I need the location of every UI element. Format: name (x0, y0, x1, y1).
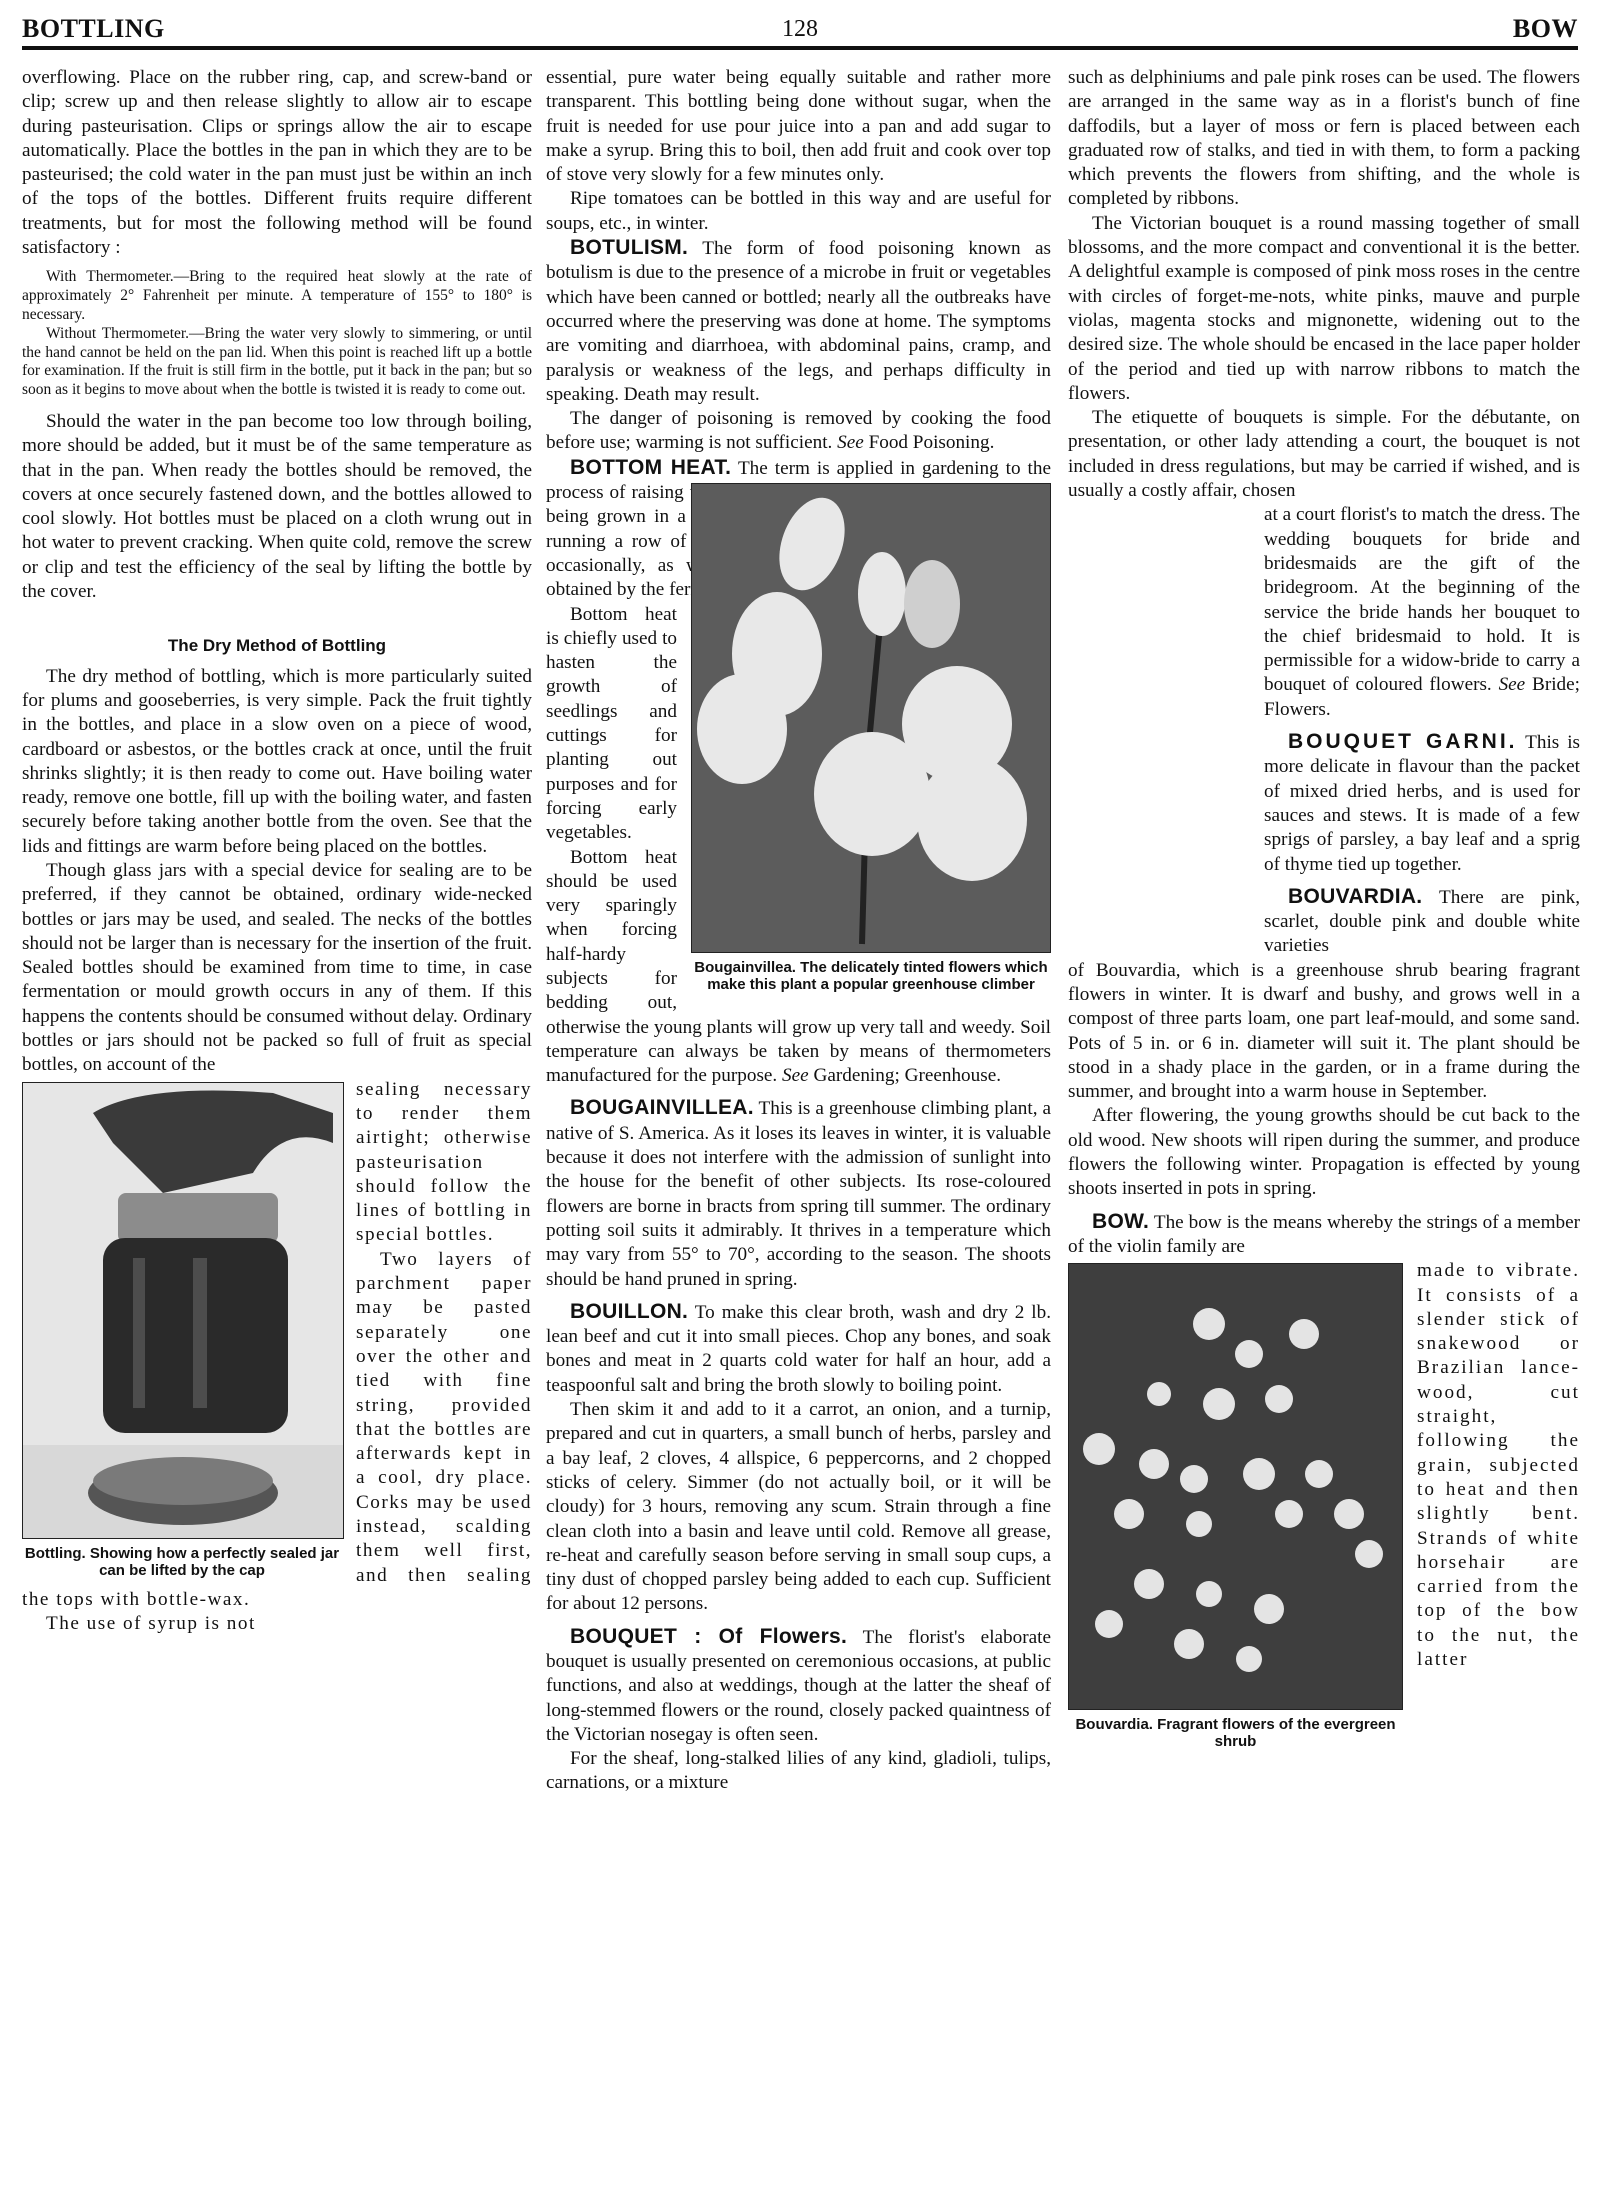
cross-reference[interactable]: Gardening; Greenhouse. (813, 1065, 1001, 1086)
entry-bouquet: BOUQUET : Of Flowers. The florist's elab… (546, 1625, 1051, 1747)
paragraph: The etiquette of bouquets is simple. For… (1068, 406, 1580, 503)
see-reference: See (837, 432, 864, 453)
paragraph: The dry method of bottling, which is mor… (22, 665, 532, 859)
entry-text: The form of food poisoning known as botu… (546, 238, 1051, 405)
bottling-figure: Bottling. Showing how a perfectly sealed… (22, 1082, 342, 1579)
page-header: BOTTLING 128 BOW (22, 6, 1578, 50)
paragraph: such as delphiniums and pale pink roses … (1068, 66, 1580, 212)
figure-caption: Bougainvillea. The delicately tinted flo… (691, 959, 1051, 993)
see-reference: See (782, 1065, 809, 1086)
entry-heading: BOUILLON. (570, 1300, 688, 1323)
flower-illustration-icon (692, 484, 1050, 952)
entry-botulism: BOTULISM. The form of food poisoning kno… (546, 236, 1051, 407)
thermometer-notes: With Thermometer.—Bring to the required … (22, 268, 532, 400)
bouvardia-figure: Bouvardia. Fragrant flowers of the everg… (1068, 1263, 1403, 1750)
cross-reference[interactable]: Food Poisoning. (869, 432, 995, 453)
wrapped-text-block: at a court florist's to match the dress.… (1264, 503, 1580, 958)
paragraph: Then skim it and add to it a carrot, an … (546, 1398, 1051, 1617)
entry-bow: BOW. The bow is the means whereby the st… (1068, 1210, 1580, 1260)
paragraph: After flowering, the young growths shoul… (1068, 1104, 1580, 1201)
entry-heading: BOW. (1092, 1210, 1149, 1233)
jar-illustration-icon (23, 1083, 343, 1538)
paragraph: at a court florist's to match the dress.… (1264, 503, 1580, 722)
entry-heading: BOUQUET : Of Flowers. (570, 1625, 847, 1648)
left-guide-word: BOTTLING (22, 14, 165, 44)
figure-caption: Bottling. Showing how a perfectly sealed… (22, 1545, 342, 1579)
see-reference: See (1499, 674, 1526, 695)
figure-caption: Bouvardia. Fragrant flowers of the everg… (1068, 1716, 1403, 1750)
paragraph: of Bouvardia, which is a greenhouse shru… (1068, 959, 1580, 1105)
entry-bougainvillea: BOUGAINVILLEA. This is a greenhouse clim… (546, 1096, 1051, 1291)
entry-text: at a court florist's to match the dress.… (1264, 504, 1580, 695)
entry-bouvardia: BOUVARDIA. There are pink, scarlet, doub… (1264, 885, 1580, 959)
entry-text: This is a greenhouse climbing plant, a n… (546, 1098, 1051, 1289)
entry-heading: BOTULISM. (570, 236, 688, 259)
flower-cluster-illustration-icon (1069, 1264, 1402, 1709)
entry-heading: BOUVARDIA. (1288, 885, 1422, 908)
bougainvillea-photo (691, 483, 1051, 953)
column-1: overflowing. Place on the rubber ring, c… (22, 66, 532, 1637)
entry-heading: BOUGAINVILLEA. (570, 1096, 754, 1119)
bottling-jar-photo (22, 1082, 344, 1539)
page-number: 128 (782, 16, 818, 43)
section-subheading: The Dry Method of Bottling (22, 634, 532, 658)
right-guide-word: BOW (1513, 14, 1578, 44)
paragraph: Should the water in the pan become too l… (22, 410, 532, 604)
paragraph: overflowing. Place on the rubber ring, c… (22, 66, 532, 260)
entry-heading: BOTTOM HEAT. (570, 456, 731, 479)
paragraph: Ripe tomatoes can be bottled in this way… (546, 187, 1051, 236)
paragraph: Though glass jars with a special device … (22, 859, 532, 1078)
without-thermometer-note: Without Thermometer.—Bring the water ver… (22, 325, 532, 400)
bouvardia-photo (1068, 1263, 1403, 1710)
bougainvillea-figure: Bougainvillea. The delicately tinted flo… (691, 483, 1051, 993)
with-thermometer-note: With Thermometer.—Bring to the required … (22, 268, 532, 324)
paragraph: The use of syrup is not (22, 1612, 532, 1636)
entry-text: This is more delicate in flavour than th… (1264, 732, 1580, 874)
column-2: essential, pure water being equally suit… (546, 66, 1051, 1796)
paragraph: The danger of poisoning is removed by co… (546, 407, 1051, 456)
entry-bouillon: BOUILLON. To make this clear broth, wash… (546, 1300, 1051, 1398)
entry-bouquet-garni: BOUQUET GARNI. This is more delicate in … (1264, 730, 1580, 877)
paragraph: The Victorian bouquet is a round massing… (1068, 212, 1580, 406)
entry-heading: BOUQUET GARNI. (1288, 730, 1518, 753)
column-3: such as delphiniums and pale pink roses … (1068, 66, 1580, 1756)
paragraph: For the sheaf, long-stalked lilies of an… (546, 1747, 1051, 1796)
paragraph: essential, pure water being equally suit… (546, 66, 1051, 187)
